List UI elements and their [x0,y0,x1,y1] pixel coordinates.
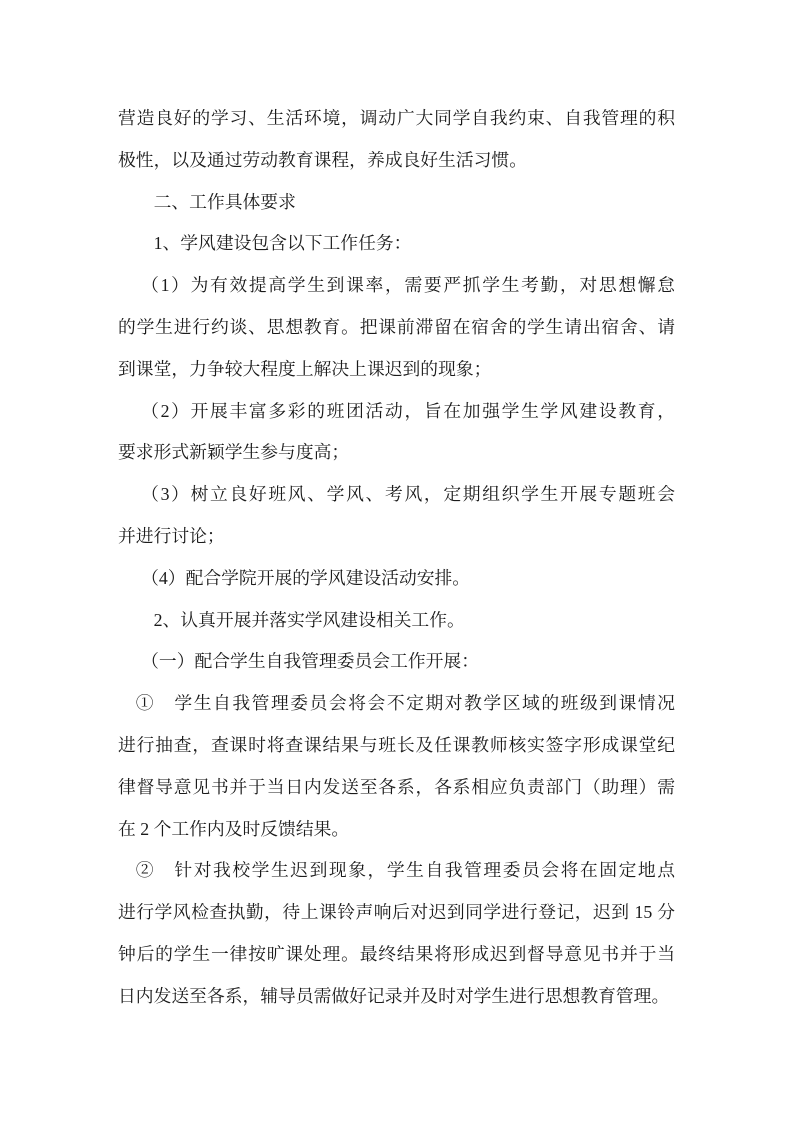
paragraph: 营造良好的学习、生活环境，调动广大同学自我约束、自我管理的积极性，以及通过劳动教… [118,98,675,182]
paragraph-line: （3）树立良好班风、学风、考风，定期组织学生开展专题班会 [118,474,675,516]
paragraph: （一）配合学生自我管理委员会工作开展： [118,641,675,683]
paragraph-line: ② 针对我校学生迟到现象，学生自我管理委员会将在固定地点 [118,850,675,892]
paragraph-line: 极性，以及通过劳动教育课程，养成良好生活习惯。 [118,140,675,182]
paragraph-line: 2、认真开展并落实学风建设相关工作。 [118,600,675,642]
paragraph-line: ① 学生自我管理委员会将会不定期对教学区域的班级到课情况 [118,683,675,725]
paragraph-line: 要求形式新颖学生参与度高； [118,432,675,474]
page-body: 营造良好的学习、生活环境，调动广大同学自我约束、自我管理的积极性，以及通过劳动教… [118,98,675,1018]
paragraph-line: 律督导意见书并于当日内发送至各系，各系相应负责部门（助理）需 [118,767,675,809]
paragraph-line: （2）开展丰富多彩的班团活动，旨在加强学生学风建设教育， [118,391,675,433]
paragraph-line: 营造良好的学习、生活环境，调动广大同学自我约束、自我管理的积 [118,98,675,140]
paragraph: 2、认真开展并落实学风建设相关工作。 [118,600,675,642]
paragraph: （3）树立良好班风、学风、考风，定期组织学生开展专题班会并进行讨论； [118,474,675,558]
paragraph-line: 的学生进行约谈、思想教育。把课前滞留在宿舍的学生请出宿舍、请 [118,307,675,349]
paragraph-line: 钟后的学生一律按旷课处理。最终结果将形成迟到督导意见书并于当 [118,934,675,976]
paragraph: 1、学风建设包含以下工作任务： [118,223,675,265]
paragraph-line: 日内发送至各系，辅导员需做好记录并及时对学生进行思想教育管理。 [118,976,675,1018]
paragraph-line: 在 2 个工作内及时反馈结果。 [118,809,675,851]
paragraph-line: （4）配合学院开展的学风建设活动安排。 [118,558,675,600]
paragraph-line: 到课堂，力争较大程度上解决上课迟到的现象； [118,349,675,391]
document-page: 营造良好的学习、生活环境，调动广大同学自我约束、自我管理的积极性，以及通过劳动教… [0,0,793,1122]
paragraph: 二、工作具体要求 [118,182,675,224]
paragraph-line: 进行抽查，查课时将查课结果与班长及任课教师核实签字形成课堂纪 [118,725,675,767]
paragraph: （4）配合学院开展的学风建设活动安排。 [118,558,675,600]
paragraph-line: （1）为有效提高学生到课率，需要严抓学生考勤，对思想懈怠 [118,265,675,307]
paragraph-line: 1、学风建设包含以下工作任务： [118,223,675,265]
paragraph: （2）开展丰富多彩的班团活动，旨在加强学生学风建设教育，要求形式新颖学生参与度高… [118,391,675,475]
paragraph-line: 进行学风检查执勤，待上课铃声响后对迟到同学进行登记，迟到 15 分 [118,892,675,934]
paragraph-line: 二、工作具体要求 [118,182,675,224]
paragraph: （1）为有效提高学生到课率，需要严抓学生考勤，对思想懈怠的学生进行约谈、思想教育… [118,265,675,390]
paragraph: ① 学生自我管理委员会将会不定期对教学区域的班级到课情况进行抽查，查课时将查课结… [118,683,675,850]
paragraph-line: （一）配合学生自我管理委员会工作开展： [118,641,675,683]
paragraph-line: 并进行讨论； [118,516,675,558]
paragraph: ② 针对我校学生迟到现象，学生自我管理委员会将在固定地点进行学风检查执勤，待上课… [118,850,675,1017]
